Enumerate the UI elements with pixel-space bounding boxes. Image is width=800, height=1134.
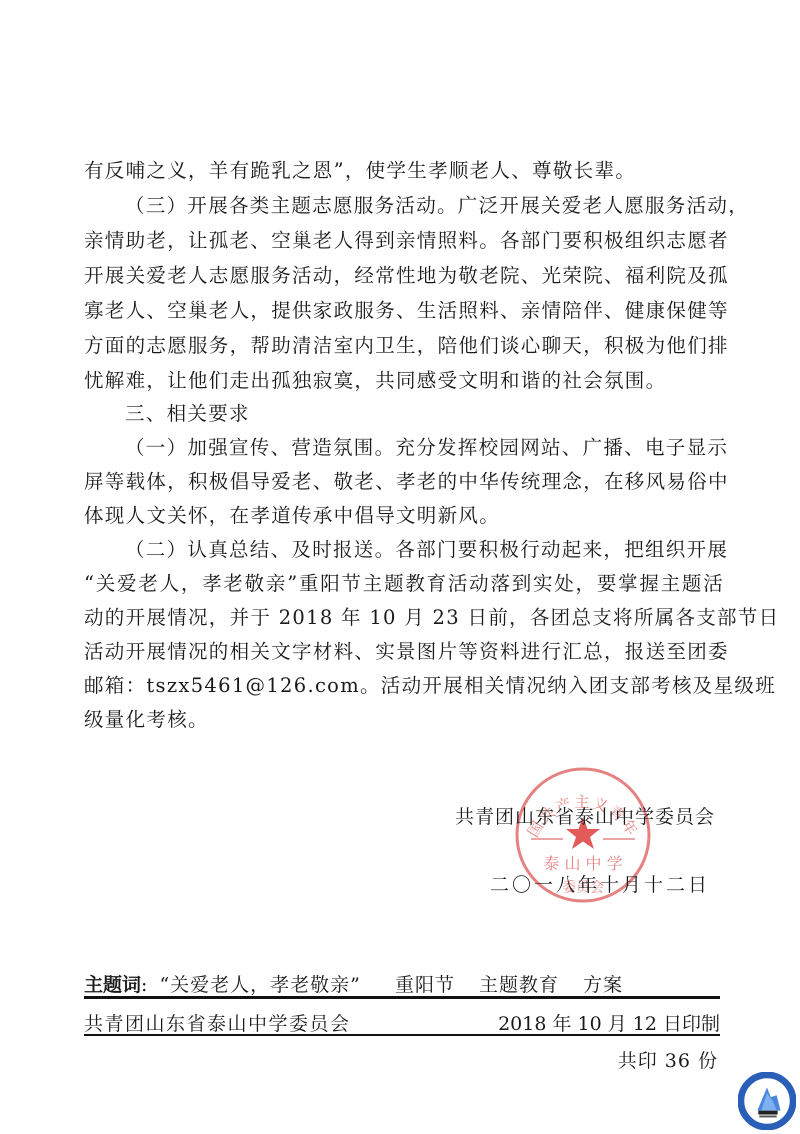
signature-date: 二〇一八年十月十二日 — [490, 870, 710, 897]
text-line: 方面的志愿服务，帮助清洁室内卫生，陪他们谈心聊天，积极为他们排 — [84, 330, 724, 362]
issuer-name: 共青团山东省泰山中学委员会 — [84, 1013, 351, 1035]
keyword: 重阳节 — [395, 974, 455, 996]
text-line: 亲情助老，让孤老、空巢老人得到亲情照料。各部门要积极组织志愿者 — [84, 225, 724, 257]
keyword: “关爱老人，孝老敬亲” — [159, 974, 360, 996]
text-line: 有反哺之义，羊有跪乳之恩”，使学生孝顺老人、尊敬长辈。 — [84, 155, 724, 187]
section-heading: 三、相关要求 — [125, 398, 765, 430]
signature-organization: 共青团山东省泰山中学委员会 — [455, 802, 715, 829]
text-line: 开展关爱老人志愿服务活动，经常性地为敬老院、光荣院、福利院及孤 — [84, 260, 724, 292]
text-line: “关爱老人，孝老敬亲”重阳节主题教育活动落到实处，要掌握主题活 — [84, 568, 724, 600]
copies-count: 共印 36 份 — [618, 1046, 718, 1073]
text-line: 体现人文关怀，在孝道传承中倡导文明新风。 — [84, 500, 724, 532]
divider-rule — [84, 1034, 720, 1036]
text-line: 寡老人、空巢老人，提供家政服务、生活照料、亲情陪伴、健康保健等 — [84, 295, 724, 327]
text-line: 动的开展情况，并于 2018 年 10 月 23 日前，各团总支将所属各支部节日 — [84, 602, 724, 634]
text-line: 忧解难，让他们走出孤独寂寞，共同感受文明和谐的社会氛围。 — [84, 365, 724, 397]
text-line: 屏等载体，积极倡导爱老、敬老、孝老的中华传统理念，在移风易俗中 — [84, 466, 724, 498]
text-line: 级量化考核。 — [84, 704, 724, 736]
keywords-row: 主题词: “关爱老人，孝老敬亲” 重阳节 主题教育 方案 — [84, 970, 720, 997]
print-date: 2018 年 10 月 12 日印制 — [498, 1009, 720, 1036]
text-line: 活动开展情况的相关文字材料、实景图片等资料进行汇总，报送至团委 — [84, 636, 724, 668]
school-logo-icon — [738, 1072, 796, 1130]
text-line: 邮箱：tszx5461@126.com。活动开展相关情况纳入团支部考核及星级班 — [84, 670, 724, 702]
text-line: （二）认真总结、及时报送。各部门要积极行动起来，把组织开展 — [125, 534, 725, 566]
keyword: 方案 — [583, 974, 623, 996]
issuer-row: 共青团山东省泰山中学委员会 2018 年 10 月 12 日印制 — [84, 1009, 720, 1036]
keyword: 主题教育 — [479, 974, 559, 996]
divider-rule — [84, 996, 720, 999]
text-line: （一）加强宣传、营造氛围。充分发挥校园网站、广播、电子显示 — [125, 432, 725, 464]
keywords-label: 主题词 — [84, 974, 141, 996]
text-line: （三）开展各类主题志愿服务活动。广泛开展关爱老人愿服务活动， — [125, 190, 725, 222]
document-page: 有反哺之义，羊有跪乳之恩”，使学生孝顺老人、尊敬长辈。 （三）开展各类主题志愿服… — [0, 0, 800, 1134]
keywords-separator: : — [141, 974, 147, 996]
